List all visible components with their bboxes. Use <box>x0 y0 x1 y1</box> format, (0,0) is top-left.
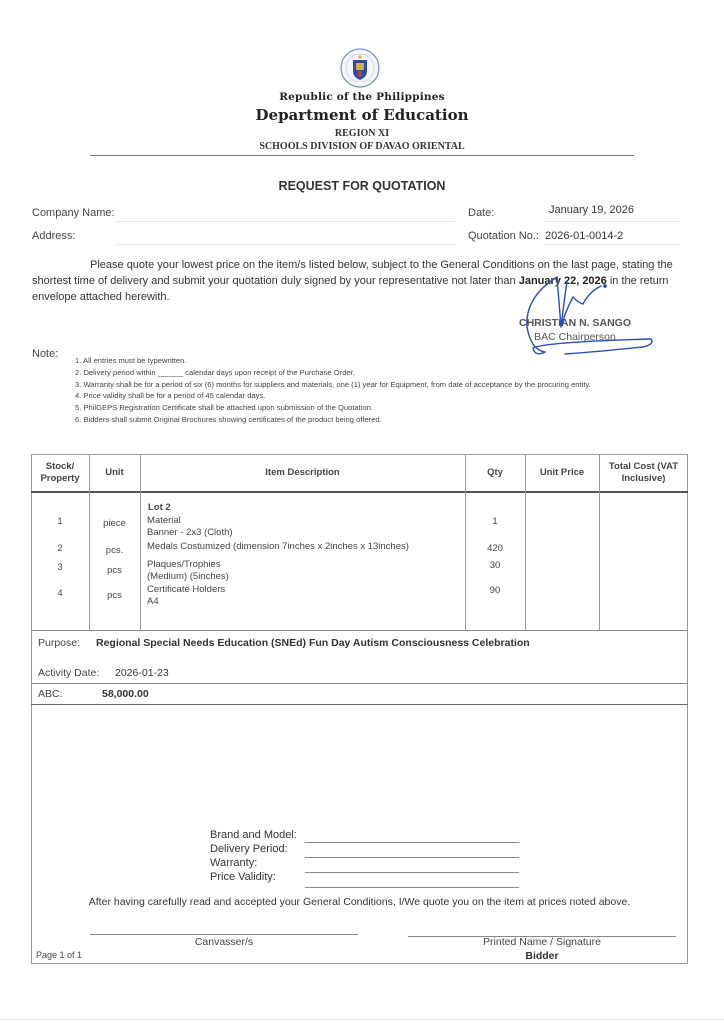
description-line: Material <box>147 515 233 527</box>
header-unit-price: Unit Price <box>525 454 599 491</box>
warranty-label: Warranty: <box>210 857 257 869</box>
row-unit: pcs <box>89 590 140 602</box>
quotation-no-value: 2026-01-0014-2 <box>545 230 623 242</box>
department-heading: Department of Education <box>0 106 724 124</box>
row-description: Material Banner - 2x3 (Cloth) <box>147 515 233 539</box>
company-name-field[interactable] <box>115 221 455 222</box>
header-description: Item Description <box>140 454 465 491</box>
date-value: January 19, 2026 <box>549 204 634 216</box>
republic-heading: Republic of the Philippines <box>0 91 724 103</box>
quotation-no-underline <box>545 244 680 245</box>
date-label: Date: <box>468 207 494 219</box>
bidder-signature-label: Printed Name / Signature <box>408 936 676 948</box>
description-line: A4 <box>147 596 225 608</box>
header-unit: Unit <box>89 454 140 491</box>
abc-divider <box>31 704 688 705</box>
row-stock: 2 <box>31 543 89 555</box>
row-unit: pcs <box>89 565 140 577</box>
lot-label: Lot 2 <box>148 502 171 514</box>
canvasser-signature-field[interactable] <box>90 934 358 935</box>
price-validity-field[interactable] <box>305 887 519 888</box>
deadline-date: January 22, 2026 <box>519 275 607 287</box>
row-unit: piece <box>89 518 140 530</box>
row-stock: 3 <box>31 562 89 574</box>
address-field[interactable] <box>115 244 455 245</box>
purpose-label: Purpose: <box>38 637 80 649</box>
note-item: 6. Bidders shall submit Original Brochur… <box>75 414 635 426</box>
note-item: 3. Warranty shall be for a period of six… <box>75 379 635 391</box>
page-number: Page 1 of 1 <box>36 950 82 960</box>
header-total-cost: Total Cost (VAT Inclusive) <box>599 454 688 491</box>
note-item: 2. Delivery period within ______ calenda… <box>75 367 635 379</box>
signatory-role: BAC Chairperson <box>500 331 650 343</box>
row-qty: 420 <box>465 543 525 555</box>
note-item: 1. All entries must be typewritten. <box>75 355 635 367</box>
description-line: (Medium) (5inches) <box>147 571 229 583</box>
note-item: 5. PhilGEPS Registration Certificate sha… <box>75 402 635 414</box>
note-label: Note: <box>32 348 58 360</box>
row-unit: pcs. <box>89 545 140 557</box>
delivery-period-label: Delivery Period: <box>210 843 288 855</box>
description-line: Certificate Holders <box>147 584 225 596</box>
row-stock: 1 <box>31 516 89 528</box>
purpose-value: Regional Special Needs Education (SNEd) … <box>96 637 530 649</box>
delivery-period-field[interactable] <box>305 857 519 858</box>
abc-value: 58,000.00 <box>102 688 149 700</box>
quotation-no-label: Quotation No.: <box>468 230 539 242</box>
abc-label: ABC: <box>38 688 63 700</box>
header-stock: Stock/ Property <box>31 454 89 491</box>
company-name-label: Company Name: <box>32 207 115 219</box>
intro-paragraph: Please quote your lowest price on the it… <box>32 257 692 305</box>
address-label: Address: <box>32 230 75 242</box>
table-header-divider <box>31 491 688 493</box>
deped-seal-icon <box>336 46 384 90</box>
signatory-name: CHRISTIAN N. SANGO <box>500 317 650 329</box>
note-item: 4. Price validity shall be for a period … <box>75 390 635 402</box>
description-line: Banner - 2x3 (Cloth) <box>147 527 233 539</box>
document-title: REQUEST FOR QUOTATION <box>0 179 724 193</box>
date-underline <box>545 221 680 222</box>
header-qty: Qty <box>465 454 525 491</box>
description-line: Medals Costumized (dimension 7inches x 2… <box>147 541 409 553</box>
brand-model-field[interactable] <box>305 842 519 843</box>
row-description: Medals Costumized (dimension 7inches x 2… <box>147 541 409 553</box>
row-qty: 1 <box>465 516 525 528</box>
brand-model-label: Brand and Model: <box>210 829 297 841</box>
row-stock: 4 <box>31 588 89 600</box>
row-description: Plaques/Trophies (Medium) (5inches) <box>147 559 229 583</box>
description-line: Plaques/Trophies <box>147 559 229 571</box>
activity-divider <box>31 683 688 684</box>
header-divider <box>90 155 634 156</box>
activity-date-label: Activity Date: <box>38 667 99 679</box>
price-validity-label: Price Validity: <box>210 871 276 883</box>
division-heading: SCHOOLS DIVISION OF DAVAO ORIENTAL <box>0 141 724 152</box>
items-bottom-divider <box>31 630 688 631</box>
acceptance-statement: After having carefully read and accepted… <box>31 896 688 908</box>
row-qty: 30 <box>465 560 525 572</box>
bidder-label: Bidder <box>408 950 676 962</box>
row-description: Certificate Holders A4 <box>147 584 225 608</box>
region-heading: REGION XI <box>0 128 724 139</box>
activity-date-value: 2026-01-23 <box>115 667 169 679</box>
page-edge <box>0 1019 724 1020</box>
canvasser-label: Canvasser/s <box>90 936 358 948</box>
row-qty: 90 <box>465 585 525 597</box>
warranty-field[interactable] <box>305 872 519 873</box>
notes-list: 1. All entries must be typewritten. 2. D… <box>75 355 635 426</box>
